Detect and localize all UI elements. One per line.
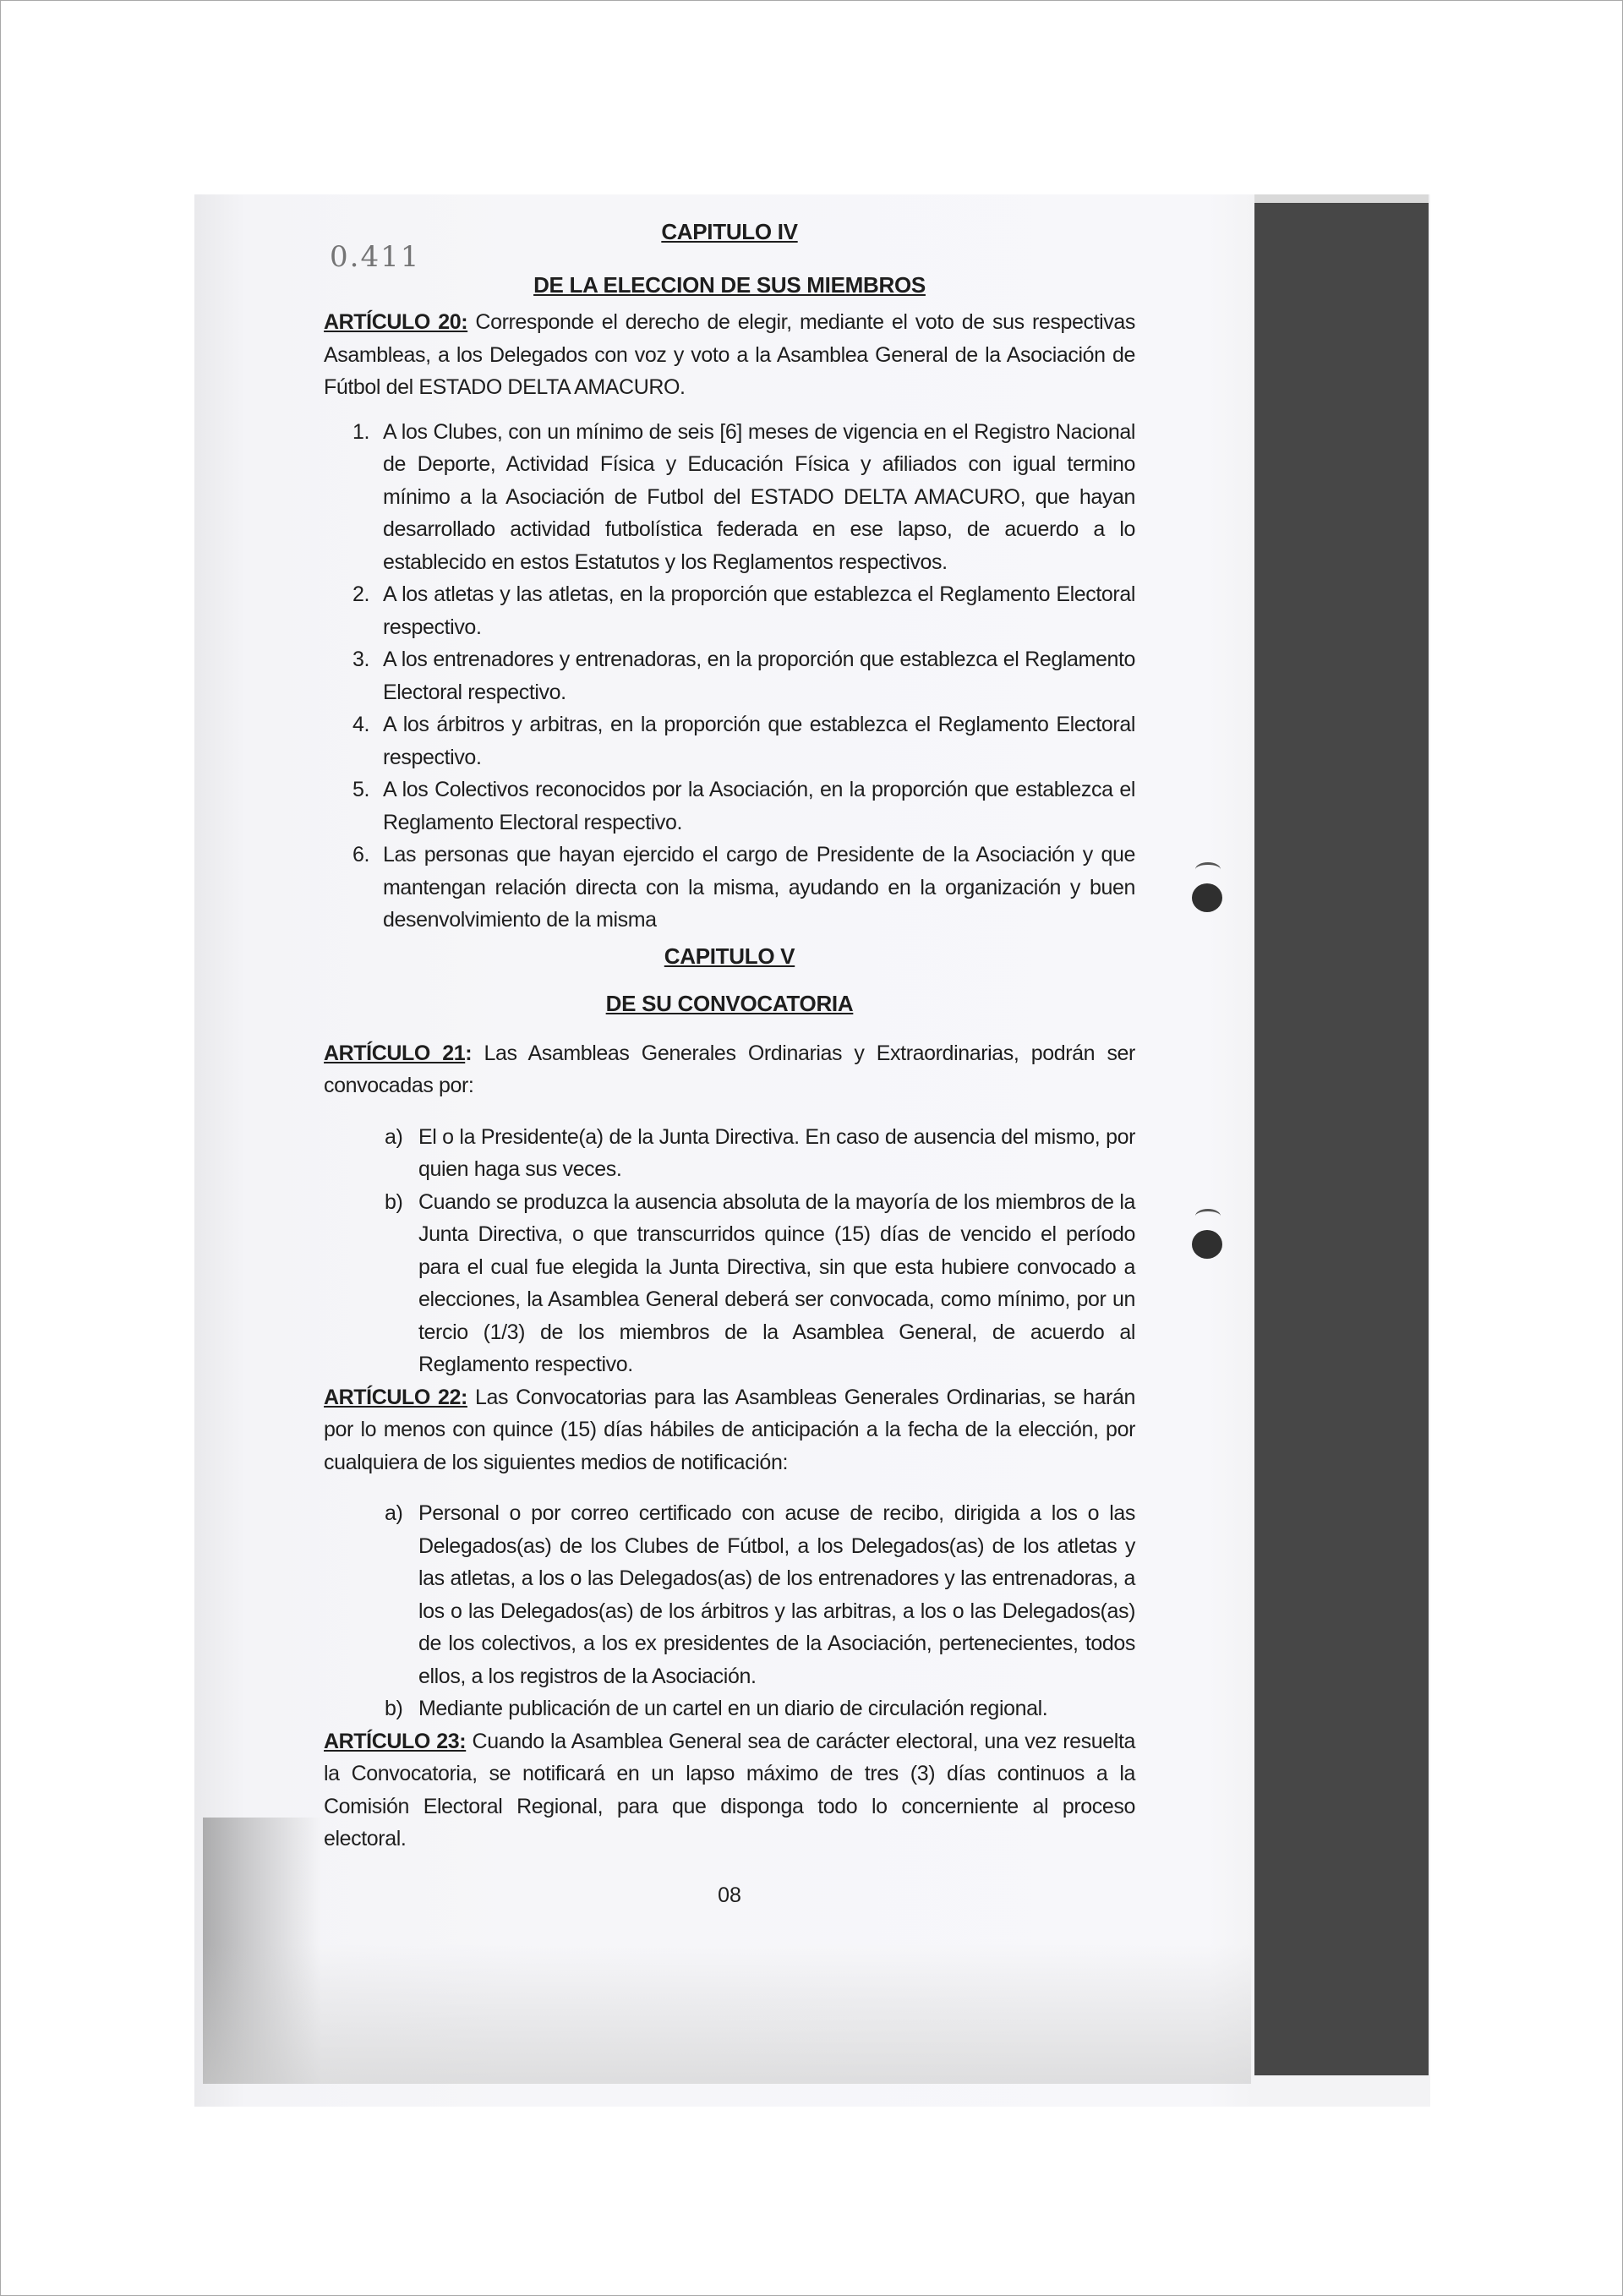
list-item-text: A los entrenadores y entrenadoras, en la… bbox=[383, 648, 1135, 704]
list-item-text: A los Colectivos reconocidos por la Asoc… bbox=[383, 778, 1135, 834]
list-item: 2.A los atletas y las atletas, en la pro… bbox=[324, 578, 1135, 643]
list-marker: 6. bbox=[352, 839, 369, 872]
list-marker: a) bbox=[385, 1121, 402, 1154]
list-marker: 4. bbox=[352, 708, 369, 741]
list-marker: 5. bbox=[352, 774, 369, 806]
list-marker: b) bbox=[385, 1692, 402, 1725]
list-item: a)El o la Presidente(a) de la Junta Dire… bbox=[324, 1121, 1135, 1186]
article-20-list: 1.A los Clubes, con un mínimo de seis [6… bbox=[324, 416, 1135, 937]
document-body: CAPITULO IV DE LA ELECCION DE SUS MIEMBR… bbox=[324, 216, 1135, 1911]
list-item-text: Cuando se produzca la ausencia absoluta … bbox=[418, 1190, 1135, 1377]
list-item-text: El o la Presidente(a) de la Junta Direct… bbox=[418, 1125, 1135, 1182]
list-item-text: Mediante publicación de un cartel en un … bbox=[418, 1697, 1047, 1720]
article-22-list: a)Personal o por correo certificado con … bbox=[324, 1497, 1135, 1725]
list-item: 6.Las personas que hayan ejercido el car… bbox=[324, 839, 1135, 937]
chapter-v-title: CAPITULO V bbox=[324, 940, 1135, 973]
list-item-text: A los Clubes, con un mínimo de seis [6] … bbox=[383, 420, 1135, 574]
scanner-dark-strip bbox=[1254, 203, 1429, 2075]
list-item: b)Mediante publicación de un cartel en u… bbox=[324, 1692, 1135, 1725]
chapter-iv-title: CAPITULO IV bbox=[324, 216, 1135, 249]
punch-hole-arc-icon bbox=[1195, 1209, 1221, 1223]
article-22-label: ARTÍCULO 22: bbox=[324, 1386, 467, 1409]
list-marker: 3. bbox=[352, 643, 369, 676]
article-22: ARTÍCULO 22: Las Convocatorias para las … bbox=[324, 1381, 1135, 1479]
list-item-text: Las personas que hayan ejercido el cargo… bbox=[383, 843, 1135, 932]
page-number: 08 bbox=[324, 1879, 1135, 1912]
list-item: b)Cuando se produzca la ausencia absolut… bbox=[324, 1186, 1135, 1381]
list-item: 4.A los árbitros y arbitras, en la propo… bbox=[324, 708, 1135, 774]
list-marker: a) bbox=[385, 1497, 402, 1530]
article-20: ARTÍCULO 20: Corresponde el derecho de e… bbox=[324, 306, 1135, 404]
chapter-iv-subtitle: DE LA ELECCION DE SUS MIEMBROS bbox=[324, 269, 1135, 302]
article-23: ARTÍCULO 23: Cuando la Asamblea General … bbox=[324, 1725, 1135, 1856]
list-item: 3.A los entrenadores y entrenadoras, en … bbox=[324, 643, 1135, 708]
list-marker: b) bbox=[385, 1186, 402, 1219]
article-21-list: a)El o la Presidente(a) de la Junta Dire… bbox=[324, 1121, 1135, 1381]
chapter-v-subtitle: DE SU CONVOCATORIA bbox=[324, 987, 1135, 1020]
list-marker: 1. bbox=[352, 416, 369, 449]
article-21-colon: : bbox=[465, 1041, 472, 1065]
list-item-text: A los árbitros y arbitras, en la proporc… bbox=[383, 713, 1135, 769]
strip-top-edge bbox=[1254, 194, 1429, 203]
punch-hole-arc-icon bbox=[1195, 862, 1221, 877]
list-item-text: A los atletas y las atletas, en la propo… bbox=[383, 582, 1135, 639]
list-item: 5.A los Colectivos reconocidos por la As… bbox=[324, 774, 1135, 839]
article-21: ARTÍCULO 21: Las Asambleas Generales Ord… bbox=[324, 1037, 1135, 1102]
article-21-label: ARTÍCULO 21 bbox=[324, 1041, 465, 1065]
punch-hole-icon bbox=[1192, 1230, 1222, 1259]
list-marker: 2. bbox=[352, 578, 369, 611]
list-item: a)Personal o por correo certificado con … bbox=[324, 1497, 1135, 1692]
list-item-text: Personal o por correo certificado con ac… bbox=[418, 1501, 1135, 1688]
punch-hole-icon bbox=[1192, 883, 1222, 912]
list-item: 1.A los Clubes, con un mínimo de seis [6… bbox=[324, 416, 1135, 579]
article-23-label: ARTÍCULO 23: bbox=[324, 1730, 466, 1753]
article-20-label: ARTÍCULO 20: bbox=[324, 310, 467, 334]
scan-shadow-bottom bbox=[203, 1944, 1251, 2084]
